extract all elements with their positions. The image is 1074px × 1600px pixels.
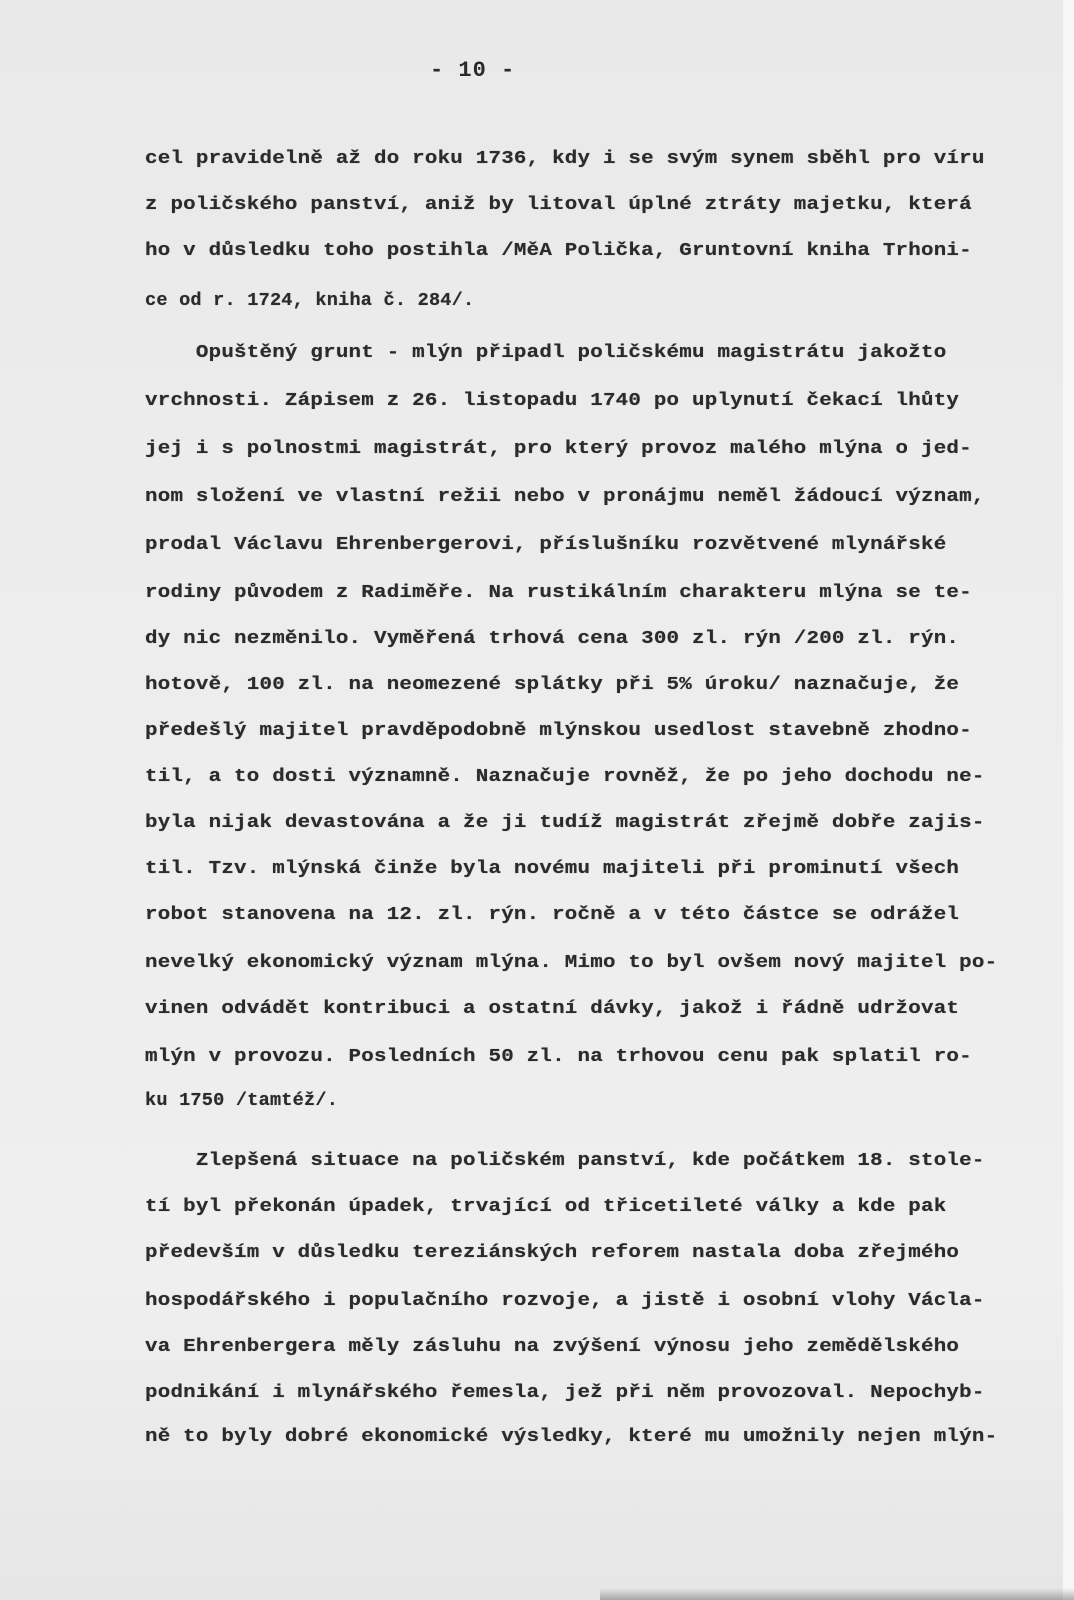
text-line: především v důsledku tereziánských refor… [145, 1242, 959, 1263]
text-line: ku 1750 /tamtéž/. [145, 1090, 338, 1111]
text-line: hospodářského i populačního rozvoje, a j… [145, 1290, 985, 1311]
text-line: ho v důsledku toho postihla /MěA Polička… [145, 240, 972, 261]
text-line: rodiny původem z Radiměře. Na rustikální… [145, 582, 972, 603]
text-line: tí byl překonán úpadek, trvající od třic… [145, 1196, 946, 1217]
text-line: ce od r. 1724, kniha č. 284/. [145, 290, 474, 311]
text-line: Zlepšená situace na poličském panství, k… [145, 1150, 985, 1171]
text-line: hotově, 100 zl. na neomezené splátky při… [145, 674, 959, 695]
text-line: Opuštěný grunt - mlýn připadl poličskému… [145, 342, 946, 363]
text-line: byla nijak devastována a že ji tudíž mag… [145, 812, 985, 833]
text-line: nom složení ve vlastní režii nebo v pron… [145, 486, 985, 507]
text-line: robot stanovena na 12. zl. rýn. ročně a … [145, 904, 959, 925]
page-edge [1063, 0, 1074, 1600]
page-fold-shadow [600, 1588, 1074, 1600]
text-line: z poličského panství, aniž by litoval úp… [145, 194, 972, 215]
text-line: předešlý majitel pravděpodobně mlýnskou … [145, 720, 972, 741]
text-line: cel pravidelně až do roku 1736, kdy i se… [145, 148, 985, 169]
page-number: - 10 - [430, 58, 515, 83]
text-line: til, a to dosti významně. Naznačuje rovn… [145, 766, 985, 787]
text-line: vinen odvádět kontribuci a ostatní dávky… [145, 998, 959, 1019]
text-line: jej i s polnostmi magistrát, pro který p… [145, 438, 972, 459]
text-line: ně to byly dobré ekonomické výsledky, kt… [145, 1426, 997, 1447]
text-line: vrchnosti. Zápisem z 26. listopadu 1740 … [145, 390, 959, 411]
text-line: podnikání i mlynářského řemesla, jež při… [145, 1382, 985, 1403]
text-line: dy nic nezměnilo. Vyměřená trhová cena 3… [145, 628, 959, 649]
text-line: til. Tzv. mlýnská činže byla novému maji… [145, 858, 959, 879]
text-line: nevelký ekonomický význam mlýna. Mimo to… [145, 952, 997, 973]
text-line: va Ehrenbergera měly zásluhu na zvýšení … [145, 1336, 959, 1357]
text-line: prodal Václavu Ehrenbergerovi, příslušní… [145, 534, 946, 555]
text-line: mlýn v provozu. Posledních 50 zl. na trh… [145, 1046, 972, 1067]
